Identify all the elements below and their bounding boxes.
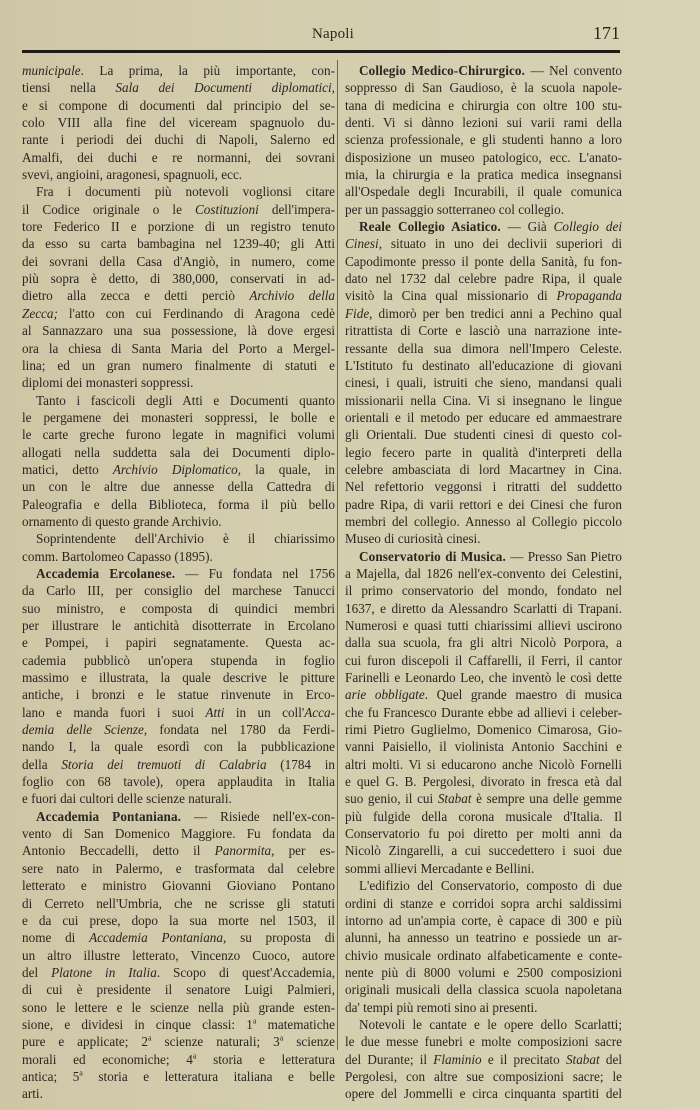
text-line: e fuori dai cultori delle scienze natura… (22, 790, 335, 807)
text-line: di cui è presidente il senatore Luigi Pa… (22, 981, 335, 998)
text-line: padre Ripa, di varii rettori e dei Cines… (345, 496, 622, 513)
text-line: più sopra è detto, di 380,000, conservat… (22, 270, 335, 287)
text-line: Paleografia e della Biblioteca, forma il… (22, 496, 335, 513)
text-line: Zecca; l'atto con cui Ferdinando di Arag… (22, 305, 335, 322)
text-line: da Carlo III, per consiglio del marchese… (22, 582, 335, 599)
text-line: Nicolò Zingarelli, a cui succedettero i … (345, 842, 622, 859)
text-line: dietro alla zecca e detti perciò Archivi… (22, 287, 335, 304)
text-line: Fide, dimorò per ben tredici anni a Pech… (345, 305, 622, 322)
text-line: da esso su carta bambagina nel 1239-40; … (22, 235, 335, 252)
text-line: antiche, i bronzi e le statue rinvenute … (22, 686, 335, 703)
text-line: ordini di stanze e corridoi sopra archi … (345, 895, 622, 912)
text-line: suo genio, il cui Stabat è sempre una de… (345, 790, 622, 807)
text-line: tiensi nella Sala dei Documenti diplomat… (22, 79, 335, 96)
text-line: 1637, e diretto da Alessandro Scarlatti … (345, 600, 622, 617)
text-line: un con le altre due annesse della Catted… (22, 478, 335, 495)
text-line: intorno ad un'ampia corte, è capace di 3… (345, 912, 622, 929)
text-line: più fulgide della corona musicale d'Ital… (345, 808, 622, 825)
text-line: cui furon discepoli il Caffarelli, il Fe… (345, 652, 622, 669)
text-line: comm. Bartolomeo Capasso (1895). (22, 548, 335, 565)
section-heading: Accademia Pontaniana. (36, 809, 181, 824)
text-line: visitò la Cina qual missionario di Propa… (345, 287, 622, 304)
text-line: del Durante; il Flaminio e il precitato … (345, 1051, 622, 1068)
text-line: cinesi, i quali, istruiti che sieno, man… (345, 374, 622, 391)
text-line: Nel refettorio veggonsi i ritratti del s… (345, 478, 622, 495)
text-line: allogati nella suddetta sala dei Documen… (22, 444, 335, 461)
text-line: rimi Pietro Guglielmo, Domenico Cimarosa… (345, 721, 622, 738)
text-line: tana di medicina e chirurgia con oltre 1… (345, 97, 622, 114)
text-line: un altro illustre letterato, Vincenzo Cu… (22, 947, 335, 964)
text-line: demia delle Scienze, fondata nel 1780 da… (22, 721, 335, 738)
text-line: nome di Accademia Pontaniana, su propost… (22, 929, 335, 946)
text-line: Amalfi, dei duchi e re normanni, dei sov… (22, 149, 335, 166)
text-line: Numerosi e quasi tutti chiarissimi allie… (345, 617, 622, 634)
text-line: al Sannazzaro una sua possessione, là do… (22, 322, 335, 339)
text-line: ornamento di questo grande Archivio. (22, 513, 335, 530)
text-line: di Cerreto nell'Umbria, che ne scrisse g… (22, 895, 335, 912)
text-line: arti. (22, 1085, 335, 1102)
text-line: foglio con 68 tavole), opera applaudita … (22, 773, 335, 790)
text-line: sommi allievi Mercadante e Bellini. (345, 860, 622, 877)
text-line: pure e applicate; 2a scienze naturali; 3… (22, 1033, 335, 1050)
text-line: della Storia dei tremuoti di Calabria (1… (22, 756, 335, 773)
text-line: antica; 5a storia e letteratura italiana… (22, 1068, 335, 1085)
text-line: Conservatorio di Musica. — Presso San Pi… (345, 548, 622, 565)
text-line: celebre ambasciata di lord Macartney in … (345, 461, 622, 478)
text-line: colo VIII alla fine del viceream spagnuo… (22, 114, 335, 131)
text-line: il Codice originale o le Costituzioni de… (22, 201, 335, 218)
section-heading: Collegio Medico-Chirurgico. (359, 63, 525, 78)
text-line: opere del Jommelli e circa cinquanta spa… (345, 1085, 622, 1102)
text-line: orientali e il metodo per educare ed amm… (345, 409, 622, 426)
text-line: altri molti. Vi si educarono anche Nicol… (345, 756, 622, 773)
text-line: all'Ospedale degli Incurabili, il quale … (345, 183, 622, 200)
text-line: suo ministro, e composta di quindici mem… (22, 600, 335, 617)
text-line: Accademia Pontaniana. — Risiede nell'ex-… (22, 808, 335, 825)
text-line: Museo di curiosità cinesi. (345, 530, 622, 547)
page-header: Napoli 171 (22, 22, 620, 52)
text-line: Accademia Ercolanese. — Fu fondata nel 1… (22, 565, 335, 582)
text-line: mia, la chirurgia e la pratica medica in… (345, 166, 622, 183)
text-line: nente più di 8000 volumi e 2500 composiz… (345, 964, 622, 981)
page-number: 171 (593, 23, 620, 44)
text-line: cademia pubblicò un'opera stupenda in fo… (22, 652, 335, 669)
right-column: Collegio Medico-Chirurgico. — Nel conven… (345, 62, 622, 1103)
text-line: gli Orientali. Due studenti cinesi di qu… (345, 426, 622, 443)
text-line: scienza professionale, e gli studenti ha… (345, 131, 622, 148)
text-line: matici, detto Archivio Diplomatico, la q… (22, 461, 335, 478)
text-line: del Platone in Italia. Scopo di quest'Ac… (22, 964, 335, 981)
text-line: morali ed economiche; 4a storia e letter… (22, 1051, 335, 1068)
section-heading: Accademia Ercolanese. (36, 566, 175, 581)
text-line: L'Istituto fu destinato all'educazione d… (345, 357, 622, 374)
section-heading: Reale Collegio Asiatico. (359, 219, 501, 234)
text-line: vanni Paisiello, il violinista Antonio S… (345, 738, 622, 755)
text-line: sione, e dividesi in cinque classi: 1a m… (22, 1016, 335, 1033)
text-line: Capodimonte presso il ponte della Sanità… (345, 253, 622, 270)
text-line: dei sovrani della Casa d'Angiò, in numer… (22, 253, 335, 270)
text-line: lano e manda fuori i suoi Atti in un col… (22, 704, 335, 721)
text-line: missionarii nella Cina. Vi si insegnano … (345, 392, 622, 409)
text-line: ressante della sua dimora nell'Impero Ce… (345, 340, 622, 357)
text-line: Farinelli e Leonardo Leo, che inventò le… (345, 669, 622, 686)
text-line: lina; ed un gran numero finalmente di st… (22, 357, 335, 374)
text-line: Collegio Medico-Chirurgico. — Nel conven… (345, 62, 622, 79)
text-line: a Majella, dal 1826 nell'ex-convento dei… (345, 565, 622, 582)
text-line: ora la chiesa di Santa Maria del Porto a… (22, 340, 335, 357)
text-line: Antonio Beccadelli, detto il Panormita, … (22, 842, 335, 859)
text-line: dato nel 1732 dal celebre padre Ripa, il… (345, 270, 622, 287)
running-title: Napoli (312, 26, 354, 43)
text-line: vento di San Domenico Maggiore. Fu fonda… (22, 825, 335, 842)
text-line: arie obbligate. Quel grande maestro di m… (345, 686, 622, 703)
text-line: originali musicali della classica scuola… (345, 981, 622, 998)
text-line: le carte greche furono legate in magnifi… (22, 426, 335, 443)
left-column: municipale. La prima, la più importante,… (22, 62, 335, 1103)
section-heading: Conservatorio di Musica. (359, 549, 506, 564)
text-line: Fra i documenti più notevoli voglionsi c… (22, 183, 335, 200)
text-line: le due messe funebri e molte composizion… (345, 1033, 622, 1050)
text-line: sere nato in Palermo, e trasformata dal … (22, 860, 335, 877)
text-line: letterato e ministro Giovanni Gioviano P… (22, 877, 335, 894)
text-line: chivio musicale ordinato alfabeticamente… (345, 947, 622, 964)
text-line: diplomi dei monasteri soppressi. (22, 374, 335, 391)
text-line: municipale. La prima, la più importante,… (22, 62, 335, 79)
text-line: disposizione un museo patologico, ecc. L… (345, 149, 622, 166)
text-line: membri del collegio. Annesso al Collegio… (345, 513, 622, 530)
text-line: e Pompei, i papiri segnatamente. Questa … (22, 634, 335, 651)
text-line: Notevoli le cantate e le opere dello Sca… (345, 1016, 622, 1033)
text-line: svevi, angioini, aragonesi, spagnuoli, e… (22, 166, 335, 183)
text-line: che fu Francesco Durante ebbe ad allievi… (345, 704, 622, 721)
text-line: nando I, la quale esordì con la pubblica… (22, 738, 335, 755)
text-line: rante i periodi dei duchi di Napoli, Sal… (22, 131, 335, 148)
text-line: massimo e illustrata, la quale descrive … (22, 669, 335, 686)
text-line: per illustrare le antichità disotterrate… (22, 617, 335, 634)
text-line: legio fecero parte in qualità d'interpre… (345, 444, 622, 461)
text-line: Conservatorio fu poi diretto per molti a… (345, 825, 622, 842)
text-line: Pergolesi, con altre sue composizioni sa… (345, 1068, 622, 1085)
column-divider (337, 60, 338, 1050)
text-line: il primo conservatorio del mondo, fondat… (345, 582, 622, 599)
text-line: Reale Collegio Asiatico. — Già Collegio … (345, 218, 622, 235)
text-line: Cinesi, situato in uno dei declivii supe… (345, 235, 622, 252)
text-line: per un passaggio sotterraneo col collegi… (345, 201, 622, 218)
text-line: e quel G. B. Pergolesi, divorato in fres… (345, 773, 622, 790)
text-line: ritrattista di Corte e lasciò una narraz… (345, 322, 622, 339)
text-line: Tanto i fascicoli degli Atti e Documenti… (22, 392, 335, 409)
text-line: L'edifizio del Conservatorio, composto d… (345, 877, 622, 894)
text-line: le pergamene dei monasteri soppressi, le… (22, 409, 335, 426)
text-line: e si compone di documenti dal principio … (22, 97, 335, 114)
text-line: sono le lettere e le scienze nella più g… (22, 999, 335, 1016)
text-line: denti. Vi si dànno lezioni sui varii ram… (345, 114, 622, 131)
text-line: tore Federico II e porzione di un regist… (22, 218, 335, 235)
text-line: dalla sua scuola, fra gli altri Nicolò P… (345, 634, 622, 651)
text-line: da' tempi più remoti sino ai presenti. (345, 999, 622, 1016)
text-line: e da cui prese, dopo la sua morte nel 15… (22, 912, 335, 929)
text-line: Soprintendente dell'Archivio è il chiari… (22, 530, 335, 547)
text-line: soppresso di San Gaudioso, è la scuola n… (345, 79, 622, 96)
header-rule (22, 50, 620, 53)
text-line: alunni, ha annesso un teatrino e possied… (345, 929, 622, 946)
